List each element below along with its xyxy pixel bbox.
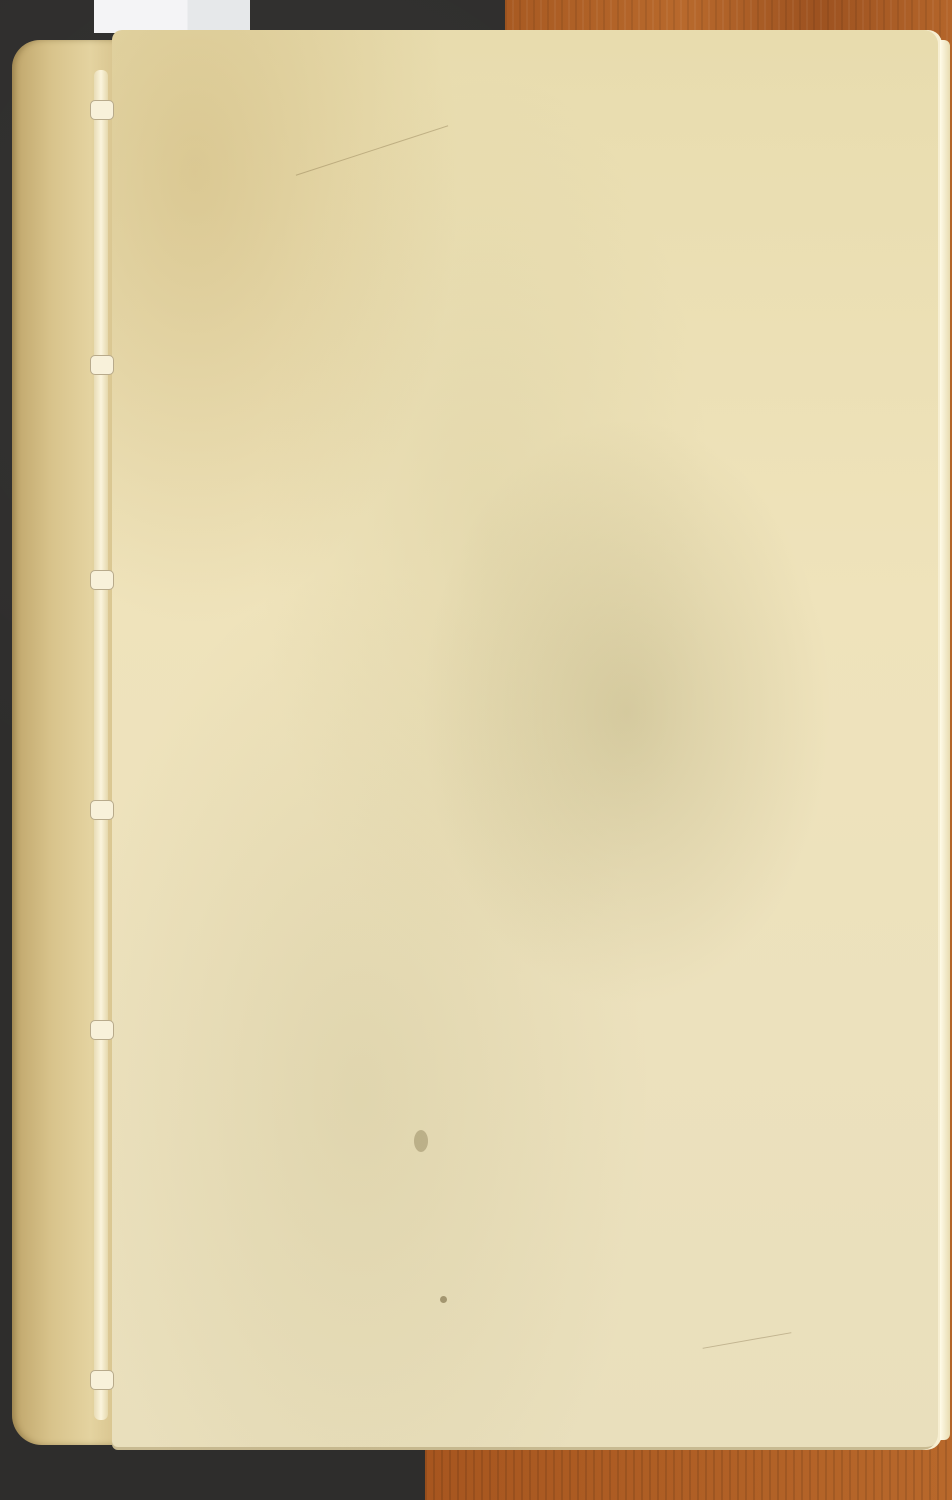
cover-stain	[414, 1130, 428, 1152]
spine-raised-band	[90, 570, 114, 590]
spine-hinge	[94, 70, 108, 1420]
spine-raised-band	[90, 1020, 114, 1040]
spine-raised-band	[90, 100, 114, 120]
vellum-book	[12, 30, 942, 1450]
paper-slip	[94, 0, 250, 33]
spine-raised-band	[90, 355, 114, 375]
cover-edge	[940, 40, 950, 1440]
cover-scratch	[703, 1332, 792, 1349]
spine-raised-band	[90, 1370, 114, 1390]
cover-scratch	[296, 125, 448, 175]
book-cover	[112, 30, 942, 1450]
cover-stain	[440, 1296, 447, 1303]
spine-raised-band	[90, 800, 114, 820]
photo-scene	[0, 0, 952, 1500]
